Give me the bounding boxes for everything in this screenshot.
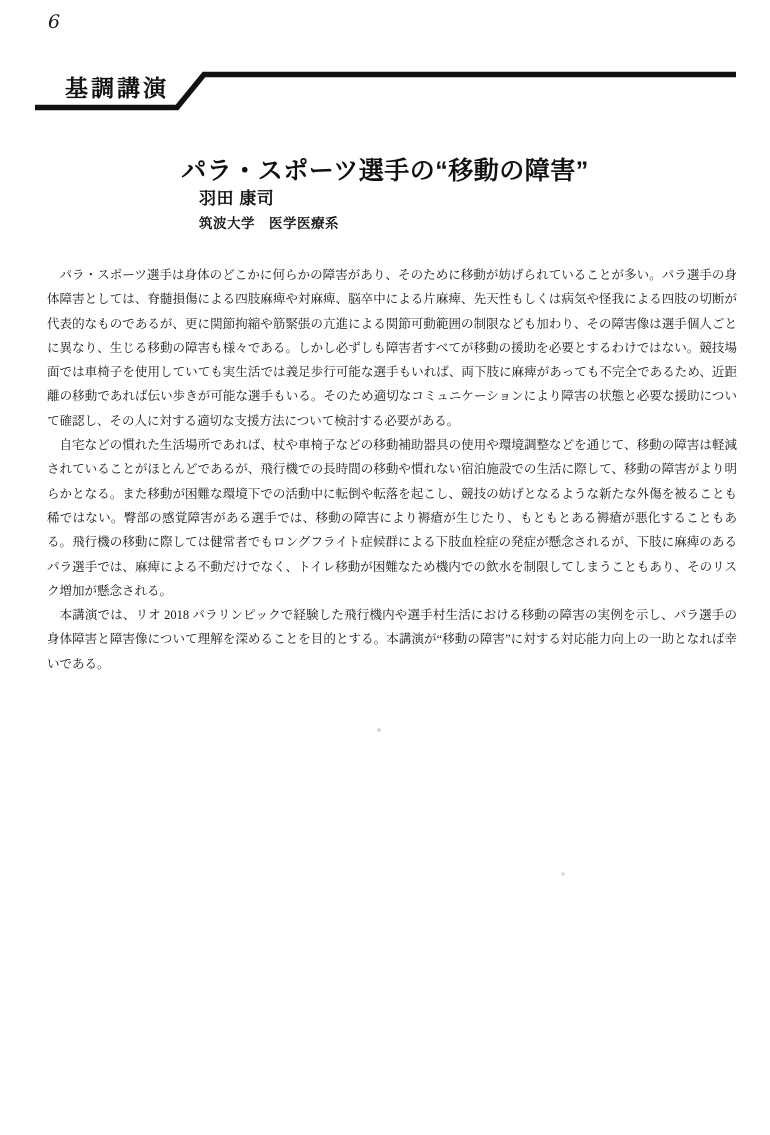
abstract-body: パラ・スポーツ選手は身体のどこかに何らかの障害があり、そのために移動が妨げられて… — [47, 263, 737, 676]
lecture-title: パラ・スポーツ選手の“移動の障害” — [0, 157, 770, 186]
abstract-paragraph: パラ・スポーツ選手は身体のどこかに何らかの障害があり、そのために移動が妨げられて… — [47, 263, 737, 433]
abstract-paragraph: 自宅などの慣れた生活場所であれば、杖や車椅子などの移動補助器具の使用や環境調整な… — [47, 433, 737, 603]
section-tab-line — [0, 0, 770, 130]
author-name: 羽田 康司 — [199, 190, 274, 207]
scan-speck — [377, 728, 381, 732]
abstract-paragraph: 本講演では、リオ 2018 パラリンピックで経験した飛行機内や選手村生活における… — [47, 603, 737, 676]
section-banner-label: 基調講演 — [65, 77, 169, 100]
author-affiliation: 筑波大学 医学医療系 — [199, 217, 339, 231]
scan-speck — [561, 872, 565, 876]
document-page: 6 基調講演 パラ・スポーツ選手の“移動の障害” 羽田 康司 筑波大学 医学医療… — [0, 0, 770, 1135]
